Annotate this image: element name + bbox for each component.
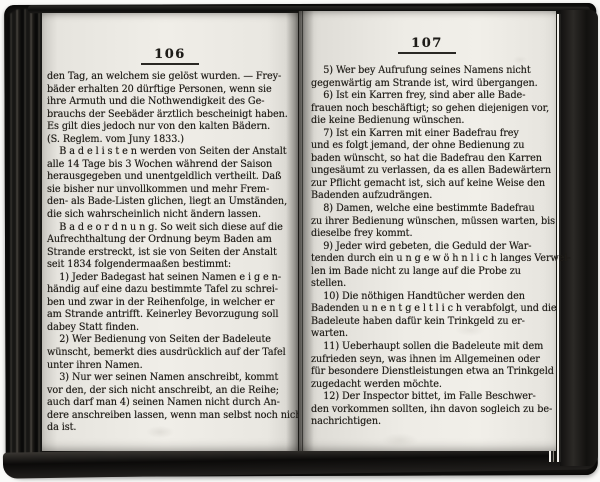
text-line: Badeleute haben dafür kein Trinkgeld zu … [311, 315, 541, 328]
text-line: brauchs der Seebäder ärztlich bescheinig… [47, 108, 281, 121]
text-line: den Tag, an welchem sie gelöst wurden. —… [47, 70, 281, 83]
text-line: herausgegeben und unentgeldlich vertheil… [47, 170, 281, 183]
text-line: dieselbe frey kommt. [311, 227, 541, 240]
text-line: und es folgt jemand, der ohne Bedienung … [311, 139, 541, 152]
text-line: dabey Statt finden. [47, 321, 281, 334]
text-line: B a d e o r d n u n g. So weit sich dies… [47, 221, 281, 234]
text-line: len im Bade nicht zu lange auf die Probe… [311, 265, 541, 278]
text-line: Strande erstreckt, ist sie von Seiten de… [47, 246, 281, 259]
text-line: alle 14 Tage bis 3 Wochen während der Sa… [47, 158, 281, 171]
text-line: (S. Reglem. vom Juny 1833.) [47, 133, 281, 146]
text-line: Es gilt dies jedoch nur von den kalten B… [47, 120, 281, 133]
text-line: warten. [311, 327, 541, 340]
book-left-page-stack-edge [7, 9, 44, 467]
text-line: seit 1834 folgendermaaßen bestimmt: [47, 258, 281, 271]
text-line: 9) Jeder wird gebeten, die Geduld der Wa… [311, 240, 541, 253]
page-number: 106 [141, 47, 199, 65]
text-line: vor den, der sich nicht anschreibt, an d… [47, 384, 281, 397]
text-line: 7) Ist ein Karren mit einer Badefrau fre… [311, 127, 541, 140]
text-line: die keine Bedienung wünschen. [311, 114, 541, 127]
text-line: zur Pflicht gemacht ist, sich auf keine … [311, 177, 541, 190]
book-scan-canvas: 106 den Tag, an welchem sie gelöst wurde… [0, 0, 600, 482]
page-106: 106 den Tag, an welchem sie gelöst wurde… [42, 13, 298, 451]
text-line: baden wünscht, so hat die Badefrau den K… [311, 152, 541, 165]
text-line: zugedacht werden möchte. [311, 378, 541, 391]
text-line: ihre Armuth und die Nothwendigkeit des G… [47, 95, 281, 108]
page-106-text: den Tag, an welchem sie gelöst wurden. —… [47, 70, 296, 434]
book-center-gutter [286, 11, 314, 451]
page-107-text: 5) Wer bey Aufrufung seines Namens nicht… [311, 64, 556, 428]
text-line: den- als Bade-Listen glichen, liegt an U… [47, 195, 281, 208]
text-line: Aufrechthaltung der Ordnung beym Baden a… [47, 233, 281, 246]
text-line: Badenden u n e n t g e l t l i c h verab… [311, 302, 541, 315]
text-line: sie bisher nur unvollkommen und mehr Fre… [47, 183, 281, 196]
text-line: zufrieden seyn, was ihnen im Allgemeinen… [311, 353, 541, 366]
text-line: stellen. [311, 277, 541, 290]
text-line: wünscht, bemerkt dies ausdrücklich auf d… [47, 346, 281, 359]
text-line: dere anschreiben lassen, wenn man selbst… [47, 409, 281, 422]
page-107: 107 5) Wer bey Aufrufung seines Namens n… [298, 11, 556, 451]
text-line: B a d e l i s t e n werden von Seiten de… [47, 145, 281, 158]
page-107-header: 107 [298, 32, 556, 54]
page-number: 107 [398, 36, 456, 54]
text-line: bäder erhalten 20 dürftige Personen, wen… [47, 83, 281, 96]
text-line: 1) Jeder Badegast hat seinen Namen e i g… [47, 271, 281, 284]
text-line: 5) Wer bey Aufrufung seines Namens nicht [311, 64, 541, 77]
text-line: nachrichtigen. [311, 415, 541, 428]
text-line: 3) Nur wer seinen Namen anschreibt, komm… [47, 371, 281, 384]
book-right-cover-edge [560, 10, 598, 466]
text-line: auch darf man 4) seinen Namen nicht durc… [47, 396, 281, 409]
page-106-header: 106 [42, 43, 298, 65]
text-line: ben und zwar in der Reihenfolge, in welc… [47, 296, 281, 309]
text-line: die sich wahrscheinlich nicht ändern las… [47, 208, 281, 221]
text-line: 12) Der Inspector bittet, im Falle Besch… [311, 390, 541, 403]
text-line: da ist. [47, 421, 281, 434]
text-line: 11) Ueberhaupt sollen die Badeleute mit … [311, 340, 541, 353]
text-line: händig auf eine dazu bestimmte Tafel zu … [47, 283, 281, 296]
text-line: ungesäumt zu verlassen, da es allen Bade… [311, 164, 541, 177]
text-line: tenden durch ein u n g e w ö h n l i c h… [311, 252, 541, 265]
text-line: am Strande antrifft. Keinerley Bevorzugu… [47, 308, 281, 321]
text-line: Badenden aufzudrängen. [311, 189, 541, 202]
text-line: unter ihren Namen. [47, 359, 281, 372]
text-line: gegenwärtig am Strande ist, wird übergan… [311, 77, 541, 90]
text-line: 2) Wer Bedienung von Seiten der Badeleut… [47, 333, 281, 346]
text-line: für besondere Dienstleistungen etwa an T… [311, 365, 541, 378]
text-line: den vorkommen sollten, ihn davon sogleic… [311, 403, 541, 416]
text-line: 6) Ist ein Karren frey, sind aber alle B… [311, 89, 541, 102]
text-line: 10) Die nöthigen Handtücher werden den [311, 290, 541, 303]
text-line: zu ihrer Bedienung wünschen, müssen wart… [311, 215, 541, 228]
text-line: 8) Damen, welche eine bestimmte Badefrau [311, 202, 541, 215]
text-line: frauen noch beschäftigt; so gehen diejen… [311, 102, 541, 115]
